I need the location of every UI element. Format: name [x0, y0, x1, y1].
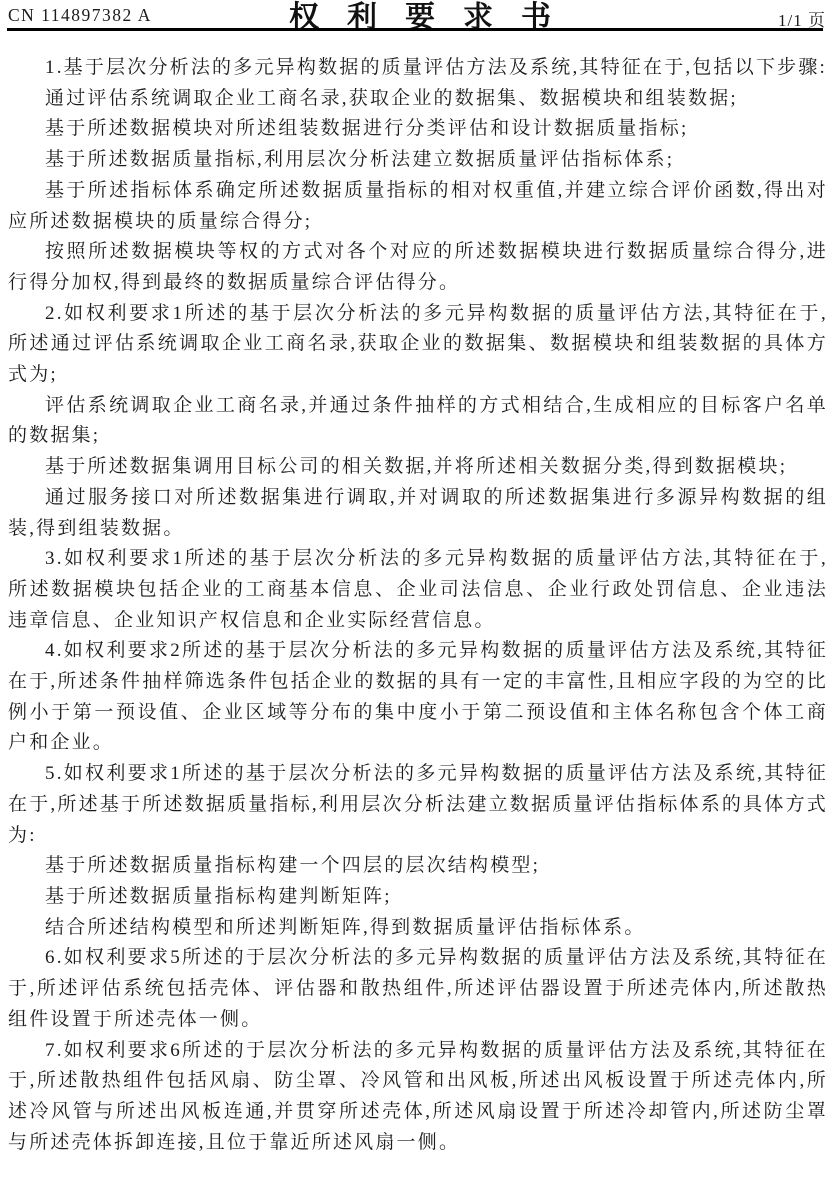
- claim-paragraph: 基于所述数据质量指标构建一个四层的层次结构模型;: [8, 851, 828, 882]
- publication-number: CN 114897382 A: [8, 5, 152, 26]
- claim-paragraph: 通过服务接口对所述数据集进行调取,并对调取的所述数据集进行多源异构数据的组装,得…: [8, 483, 828, 544]
- patent-claims-page: CN 114897382 A 权利要求书 1/1 页 1.基于层次分析法的多元异…: [0, 0, 840, 1188]
- claims-body: 1.基于层次分析法的多元异构数据的质量评估方法及系统,其特征在于,包括以下步骤:…: [0, 31, 840, 1158]
- claim-paragraph: 评估系统调取企业工商名录,并通过条件抽样的方式相结合,生成相应的目标客户名单的数…: [8, 391, 828, 452]
- claim-paragraph: 1.基于层次分析法的多元异构数据的质量评估方法及系统,其特征在于,包括以下步骤:: [8, 53, 828, 84]
- claim-paragraph: 基于所述数据质量指标构建判断矩阵;: [8, 882, 828, 913]
- claim-paragraph: 6.如权利要求5所述的于层次分析法的多元异构数据的质量评估方法及系统,其特征在于…: [8, 943, 828, 1035]
- claim-paragraph: 7.如权利要求6所述的于层次分析法的多元异构数据的质量评估方法及系统,其特征在于…: [8, 1036, 828, 1159]
- claim-paragraph: 按照所述数据模块等权的方式对各个对应的所述数据模块进行数据质量综合得分,进行得分…: [8, 237, 828, 298]
- page-header: CN 114897382 A 权利要求书 1/1 页: [0, 0, 840, 31]
- claim-paragraph: 3.如权利要求1所述的基于层次分析法的多元异构数据的质量评估方法,其特征在于,所…: [8, 544, 828, 636]
- claim-paragraph: 4.如权利要求2所述的基于层次分析法的多元异构数据的质量评估方法及系统,其特征在…: [8, 636, 828, 759]
- claim-paragraph: 结合所述结构模型和所述判断矩阵,得到数据质量评估指标体系。: [8, 913, 828, 944]
- claim-paragraph: 基于所述数据质量指标,利用层次分析法建立数据质量评估指标体系;: [8, 145, 828, 176]
- claim-paragraph: 基于所述数据集调用目标公司的相关数据,并将所述相关数据分类,得到数据模块;: [8, 452, 828, 483]
- claim-paragraph: 通过评估系统调取企业工商名录,获取企业的数据集、数据模块和组装数据;: [8, 84, 828, 115]
- claim-paragraph: 5.如权利要求1所述的基于层次分析法的多元异构数据的质量评估方法及系统,其特征在…: [8, 759, 828, 851]
- claim-paragraph: 基于所述数据模块对所述组装数据进行分类评估和设计数据质量指标;: [8, 114, 828, 145]
- claim-paragraph: 2.如权利要求1所述的基于层次分析法的多元异构数据的质量评估方法,其特征在于,所…: [8, 299, 828, 391]
- header-divider: [7, 28, 823, 31]
- claim-paragraph: 基于所述指标体系确定所述数据质量指标的相对权重值,并建立综合评价函数,得出对应所…: [8, 176, 828, 237]
